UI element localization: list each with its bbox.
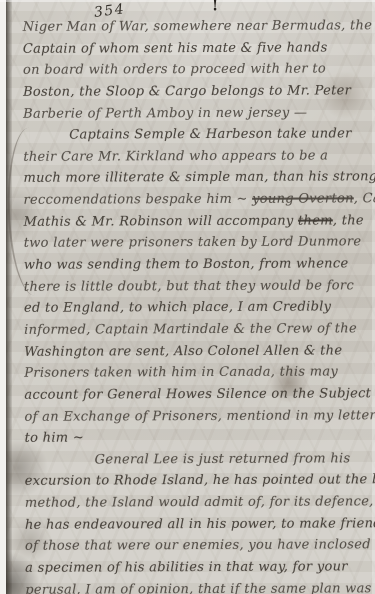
manuscript-line: there is little doubt, but that they wou… [24, 275, 375, 298]
manuscript-line: Captains Semple & Harbeson take under [23, 123, 374, 146]
manuscript-line: two later were prisoners taken by Lord D… [24, 232, 375, 255]
manuscript-line: Niger Man of War, somewhere near Bermuda… [23, 15, 374, 38]
struck-text: young Overton [252, 191, 354, 206]
line-text: Mathis & Mr. Robinson will accompany [24, 213, 298, 229]
manuscript-line: General Lee is just returned from his [25, 448, 375, 471]
manuscript-line: a specimen of his abilities in that way,… [25, 556, 375, 579]
manuscript-line: Washington are sent, Also Colonel Allen … [24, 340, 375, 363]
letter-body: Niger Man of War, somewhere near Bermuda… [23, 15, 375, 594]
line-text: , the [333, 213, 364, 228]
manuscript-line: who was sending them to Boston, from whe… [24, 253, 375, 276]
manuscript-page-scan: 354 ! Niger Man of War, somewhere near B… [0, 0, 375, 594]
line-text: , Capt. [354, 191, 375, 206]
manuscript-line: Barberie of Perth Amboy in new jersey — [23, 102, 374, 125]
manuscript-line: Boston, the Sloop & Cargo belongs to Mr.… [23, 80, 374, 103]
manuscript-line: Mathis & Mr. Robinson will accompany the… [24, 210, 375, 233]
manuscript-line: on board with orders to proceed with her… [23, 59, 374, 82]
manuscript-line: reccomendations bespake him ~ young Over… [23, 188, 374, 211]
manuscript-line: of those that were our enemies, you have… [25, 535, 375, 558]
manuscript-line: of an Exchange of Prisoners, mentiond in… [24, 405, 375, 428]
ink-blot-mark: ! [212, 0, 218, 15]
manuscript-line: much more illiterate & simple man, than … [23, 167, 374, 190]
manuscript-line: Captain of whom sent his mate & five han… [23, 37, 374, 60]
manuscript-line: account for General Howes Silence on the… [24, 383, 375, 406]
binding-edge-shadow [6, 0, 12, 594]
manuscript-line: to him ~ [25, 426, 375, 449]
line-text: reccomendations bespake him ~ [23, 192, 252, 208]
manuscript-line: informed, Captain Martindale & the Crew … [24, 318, 375, 341]
manuscript-line: excursion to Rhode Island, he has pointe… [25, 470, 375, 493]
manuscript-line: perusal, I am of opinion, that if the sa… [25, 578, 375, 594]
manuscript-line: their Care Mr. Kirkland who appears to b… [23, 145, 374, 168]
page-edge-top [0, 0, 375, 2]
manuscript-line: method, the Island would admit of, for i… [25, 491, 375, 514]
manuscript-line: Prisoners taken with him in Canada, this… [24, 361, 375, 384]
manuscript-line: he has endeavoured all in his power, to … [25, 513, 375, 536]
manuscript-line: ed to England, to which place, I am Cred… [24, 297, 375, 320]
struck-text: them [298, 213, 333, 228]
